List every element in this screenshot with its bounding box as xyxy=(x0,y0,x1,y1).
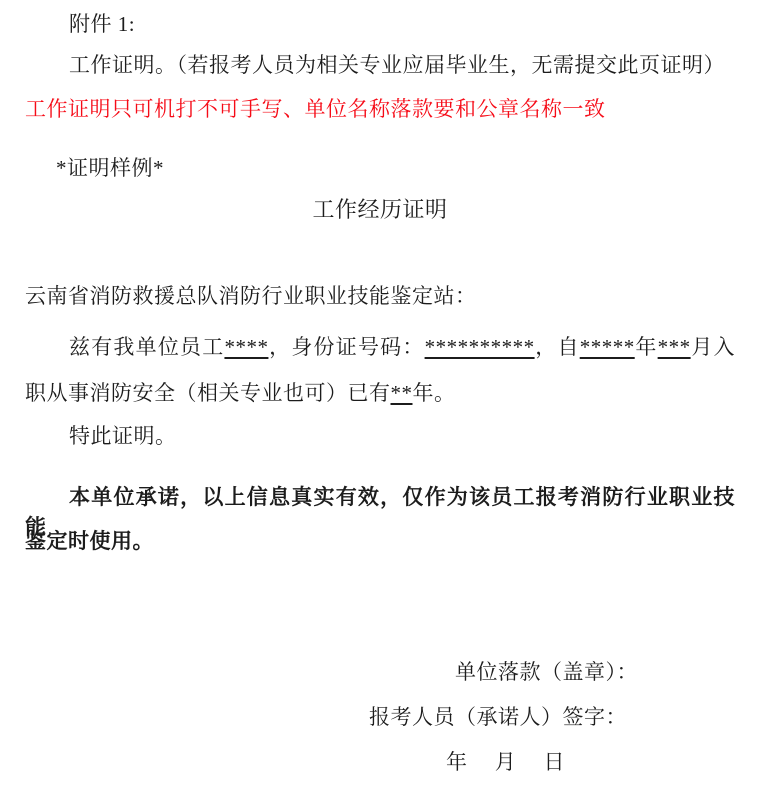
date-line: 年 月 日 xyxy=(25,747,565,777)
body-line-1: 兹有我单位员工****，身份证号码：**********，自*****年***月… xyxy=(25,332,735,362)
text-segment: ，身份证号码： xyxy=(268,335,424,359)
red-warning-text: 工作证明只可机打不可手写、单位名称落款要和公章名称一致 xyxy=(25,94,735,124)
text-segment: 职从事消防安全（相关专业也可）已有 xyxy=(25,381,391,405)
sample-label: *证明样例* xyxy=(25,153,735,183)
document-title: 工作经历证明 xyxy=(25,195,735,225)
text-segment: 月入 xyxy=(691,335,735,359)
blank-underline-month: *** xyxy=(658,335,691,359)
promise-line-2: 鉴定时使用。 xyxy=(25,526,735,556)
work-cert-intro-line: 工作证明。（若报考人员为相关专业应届毕业生，无需提交此页证明） xyxy=(25,50,735,80)
attachment-label: 附件 1: xyxy=(25,9,735,39)
salutation-line: 云南省消防救援总队消防行业职业技能鉴定站： xyxy=(25,281,735,311)
text-segment: 年 xyxy=(635,335,658,359)
blank-underline-year: ***** xyxy=(580,335,635,359)
body-line-2: 职从事消防安全（相关专业也可）已有**年。 xyxy=(25,378,735,408)
unit-seal-line: 单位落款（盖章）： xyxy=(25,657,638,687)
text-segment: 年。 xyxy=(413,381,456,405)
applicant-signature-line: 报考人员（承诺人）签字： xyxy=(25,702,627,732)
blank-underline-years-count: ** xyxy=(391,381,413,405)
blank-underline-id-number: ********** xyxy=(425,335,535,359)
blank-underline-employee-name: **** xyxy=(224,335,268,359)
work-certificate-document: 附件 1: 工作证明。（若报考人员为相关专业应届毕业生，无需提交此页证明） 工作… xyxy=(0,0,760,800)
attest-line: 特此证明。 xyxy=(25,421,735,451)
text-segment: ，自 xyxy=(535,335,580,359)
text-segment: 兹有我单位员工 xyxy=(69,335,224,359)
